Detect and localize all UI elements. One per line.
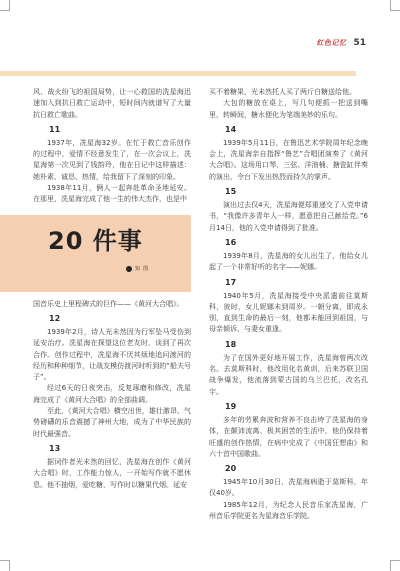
section-number: 13	[33, 443, 191, 455]
body-paragraph: 经过6天的日夜突击，反复琢磨和修改，冼星海完成了《黄河大合唱》的全部曲调。	[33, 383, 191, 406]
divider-band	[0, 71, 356, 76]
body-paragraph: 买不着糖果，光未然托人买了两斤白糖送给他。	[209, 87, 368, 98]
feature-box: 20 件事 知图	[0, 215, 191, 292]
body-paragraph: 演出过去仅4天，冼星海便郑重递交了入党申请书，“我像许多青年人一样，愿意把自己献…	[209, 200, 368, 234]
magazine-page: 红色记忆 51 风、战火纷飞的祖国局势，让一心救国的冼星海迅速加入到抗日救亡运动…	[0, 0, 400, 571]
section-number: 17	[209, 277, 368, 289]
section-number: 18	[209, 339, 368, 351]
right-column: 买不着糖果，光未然托人买了两斤白糖送给他。大包的糖放在桌上，写几句便抓一把送到嘴…	[209, 87, 368, 522]
body-paragraph: 1938年11月，俩人一起奔赴革命圣地延安。在那里，冼星海完成了他一生的伟大杰作…	[33, 183, 191, 206]
body-paragraph: 国音乐史上里程碑式的巨作——《黄河大合唱》。	[33, 299, 191, 310]
body-paragraph: 1939年8月，冼星海的女儿出生了，他给女儿起了一个非常好听的名字——妮娜。	[209, 251, 368, 274]
body-paragraph: 据词作者光未然的回忆，冼星海在创作《黄河大合唱》时，工作能力惊人，一开始写作就不…	[33, 457, 191, 491]
section-label: 红色记忆	[316, 38, 346, 48]
body-paragraph: 1940年5月，冼星海接受中央派遣前往莫斯科，彼时，女儿妮娜未到周岁。一朝分离，…	[209, 291, 368, 336]
feature-box-credit: 知图	[126, 264, 151, 275]
section-number: 12	[33, 313, 191, 325]
section-number: 16	[209, 237, 368, 249]
body-paragraph: 1939年5月11日，在鲁迅艺术学院周年纪念晚会上，冼星海亲自指挥“鲁艺”合唱团…	[209, 138, 368, 183]
body-paragraph: 1939年2月，诗人光未然因为行军坠马受伤到延安治疗。冼星海在探望这位老友时，谈…	[33, 327, 191, 383]
feature-box-credit-text: 知图	[135, 264, 151, 275]
body-paragraph: 为了在国外更好地开展工作，冼星海曾两次改名。去莫斯科时，他改用化名黄训，后来苏联…	[209, 353, 368, 398]
left-column: 风、战火纷飞的祖国局势，让一心救国的冼星海迅速加入到抗日救亡运动中，短时间内就谱…	[33, 87, 191, 522]
section-number: 20	[209, 463, 368, 475]
body-paragraph: 至此，《黄河大合唱》横空出世，雄壮激昂、气势磅礴的乐音震撼了神州大地，成为了中华…	[33, 406, 191, 440]
crop-mark-bottom-right	[390, 560, 400, 571]
page-header: 红色记忆 51	[316, 38, 366, 48]
section-number: 15	[209, 186, 368, 198]
body-paragraph: 1937年，冼星海32岁。在忙于救亡音乐创作的过程中，爱情不经意发生了，在一次会…	[33, 138, 191, 183]
crop-mark-top-left	[0, 0, 10, 11]
body-paragraph: 1945年10月30日，冼星海病逝于莫斯科，年仅40岁。	[209, 477, 368, 500]
dot-badge-icon	[126, 266, 132, 272]
section-number: 11	[33, 124, 191, 136]
body-paragraph: 大包的糖放在桌上，写几句便抓一把送到嘴里，转瞬间，糖水便化为笔端美妙的乐句。	[209, 98, 368, 121]
section-number: 14	[209, 124, 368, 136]
feature-box-title: 20 件事	[48, 227, 143, 256]
page-number: 51	[353, 38, 366, 48]
body-paragraph: 多年的劳累奔波和营养不良击垮了冼星海的身体，在颠沛流离、极其困苦的生活中，他仍保…	[209, 415, 368, 460]
crop-mark-bottom-left	[0, 560, 10, 571]
section-number: 19	[209, 401, 368, 413]
body-paragraph: 1985年12月，为纪念人民音乐家冼星海，广州音乐学院更名为星海音乐学院。	[209, 500, 368, 523]
article-body: 风、战火纷飞的祖国局势，让一心救国的冼星海迅速加入到抗日救亡运动中，短时间内就谱…	[33, 87, 368, 522]
crop-mark-top-right	[390, 0, 400, 11]
body-paragraph: 风、战火纷飞的祖国局势，让一心救国的冼星海迅速加入到抗日救亡运动中，短时间内就谱…	[33, 87, 191, 121]
